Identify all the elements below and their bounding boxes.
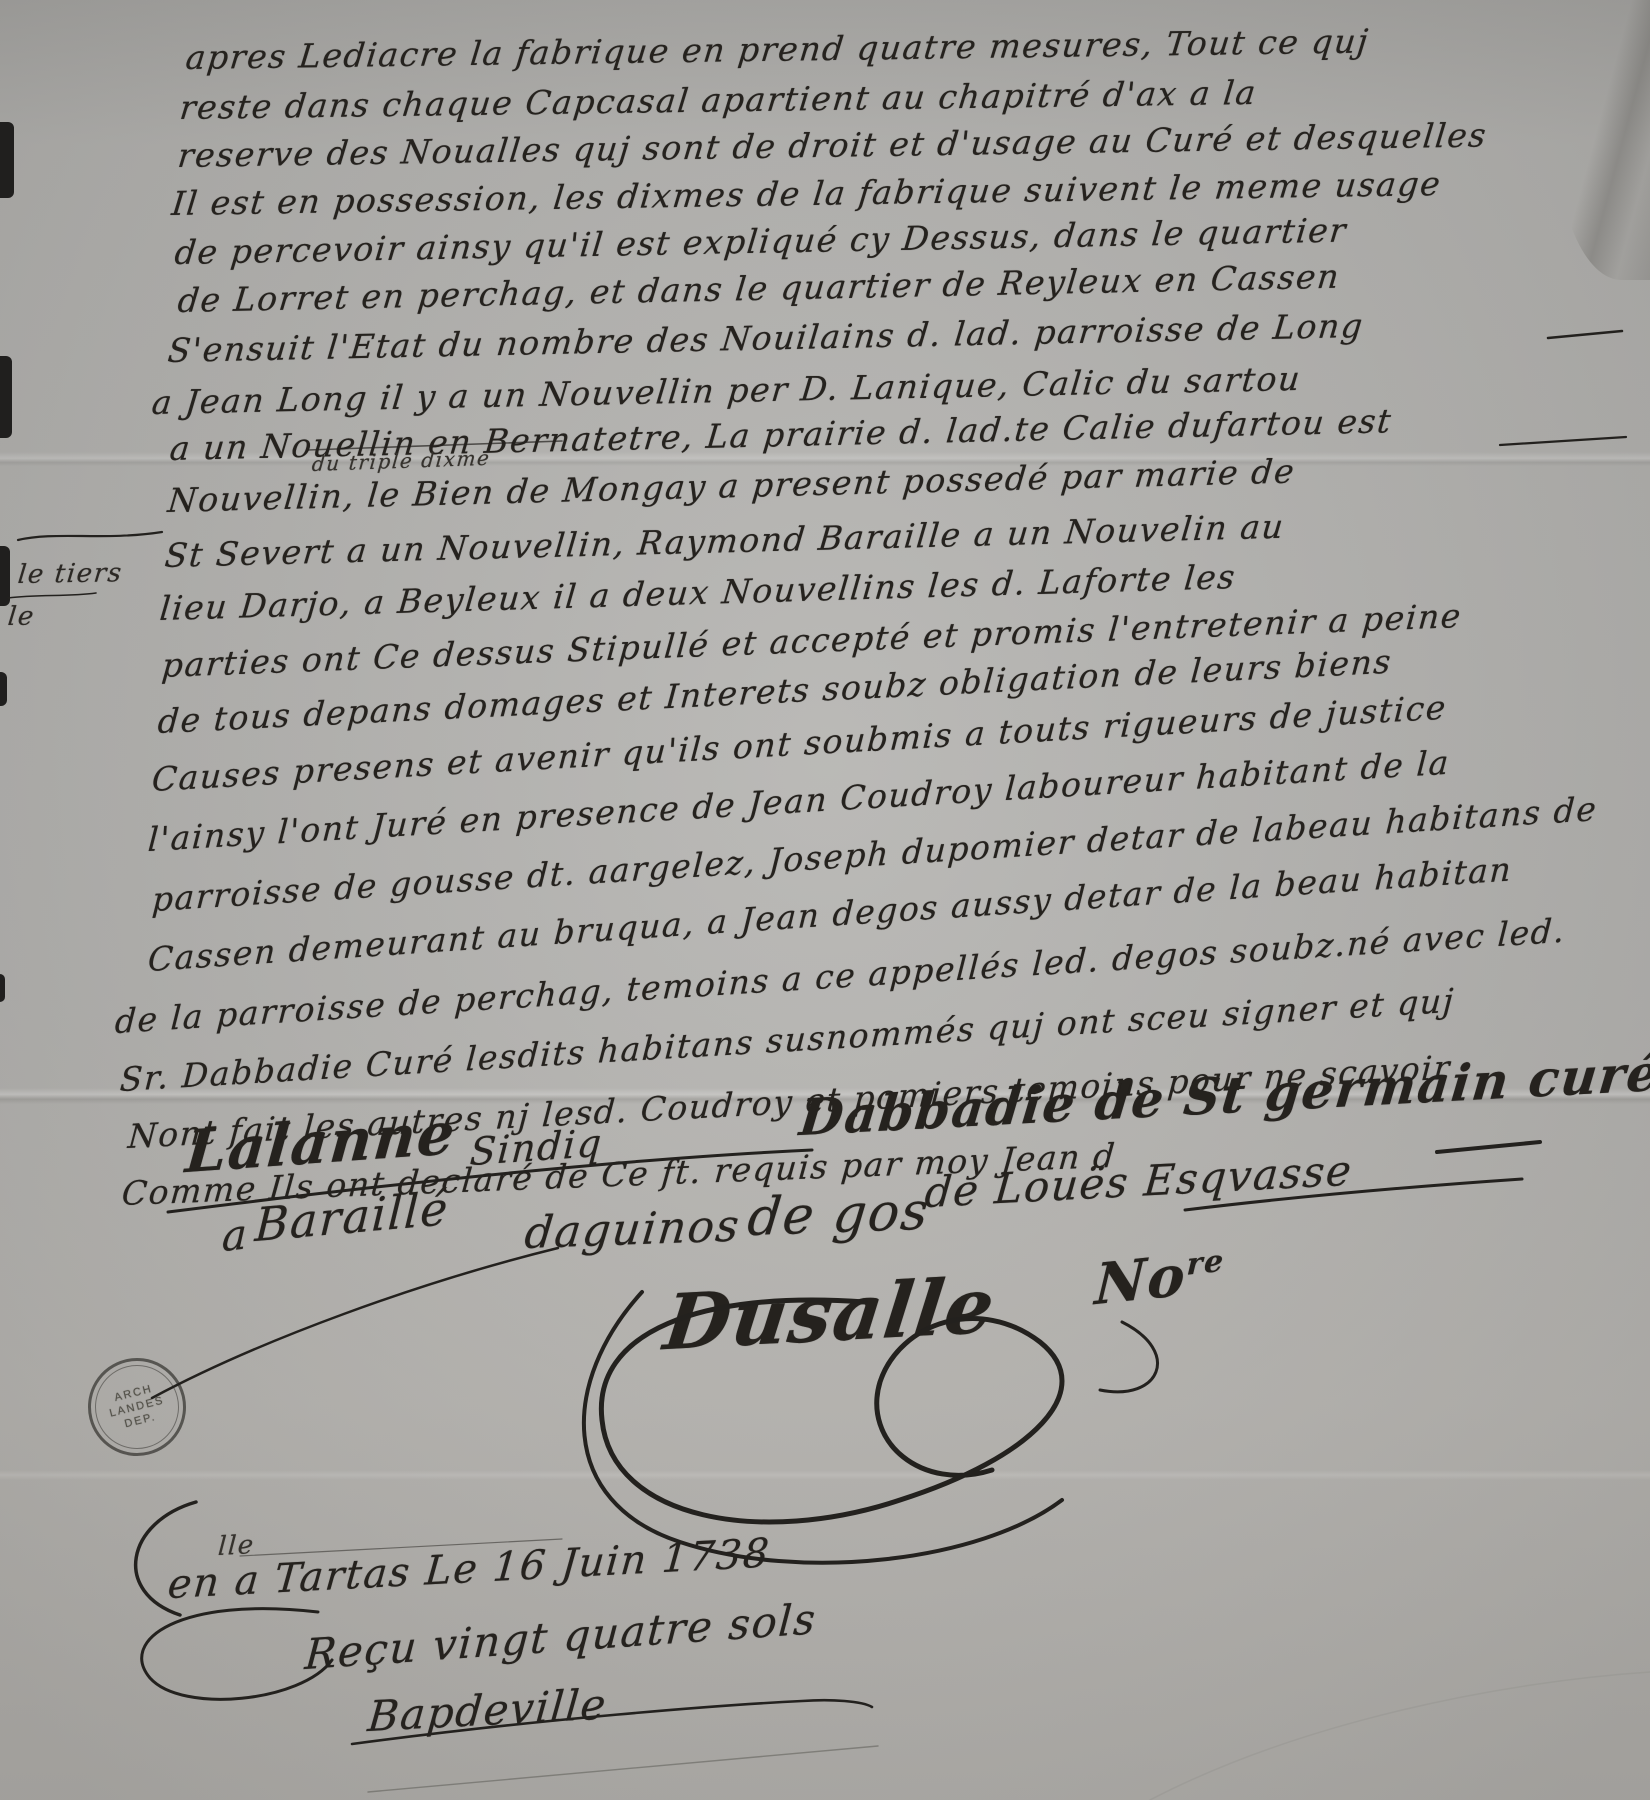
- dash-end-line6: [1548, 331, 1622, 338]
- margin-note: le tiers: [16, 558, 124, 590]
- signature-dabbadie: Dabbadie de St germain curé: [797, 1043, 1650, 1147]
- notaire-abbrev-main: No: [1093, 1242, 1188, 1318]
- signature-dusalle-title: Nore: [1093, 1238, 1226, 1318]
- pencil-line: [368, 1746, 878, 1792]
- dabbadie-dash: [1437, 1142, 1540, 1152]
- fold-crease: [0, 1470, 1650, 1480]
- signature-dusalle: Dusalle: [659, 1260, 1000, 1367]
- manuscript-page: apres Lediacre la fabrique en prend quat…: [0, 0, 1650, 1800]
- interline-note: du triple dixme: [311, 446, 492, 476]
- margin-note: le: [6, 602, 36, 633]
- signature-daguinos: daguinos: [522, 1200, 742, 1259]
- scan-edge-mark: [0, 672, 7, 706]
- recu-oval-flourish: [142, 1609, 332, 1700]
- notaire-curl: [1100, 1322, 1157, 1392]
- notaire-abbrev-sup: re: [1186, 1243, 1226, 1282]
- lalanne-tail: [152, 1248, 558, 1398]
- scan-edge-mark: [0, 546, 10, 606]
- torn-paper-edge: [1555, 0, 1650, 280]
- scan-edge-mark: [0, 122, 14, 198]
- control-fee-line: Reçu vingt quatre sols: [303, 1594, 818, 1679]
- paper-crease-line: [1150, 1672, 1650, 1800]
- manuscript-line: reste dans chaque Capcasal apartient au …: [178, 73, 1259, 127]
- archive-stamp: ARCH LANDES DEP.: [78, 1348, 197, 1467]
- margin-squiggle: [18, 532, 162, 540]
- manuscript-line: apres Lediacre la fabrique en prend quat…: [184, 21, 1371, 77]
- scan-edge-mark: [0, 356, 12, 438]
- signature-lalanne-initial: a: [221, 1209, 249, 1261]
- control-date-line: en a Tartas Le 16 Juin 1738: [166, 1530, 772, 1608]
- scan-edge-mark: [0, 974, 5, 1002]
- margin-squiggle-2: [8, 593, 96, 598]
- dash-end-line8: [1500, 437, 1626, 445]
- control-clerk-signature: Bapdeville: [366, 1679, 609, 1741]
- signature-degos: de gos: [745, 1182, 933, 1249]
